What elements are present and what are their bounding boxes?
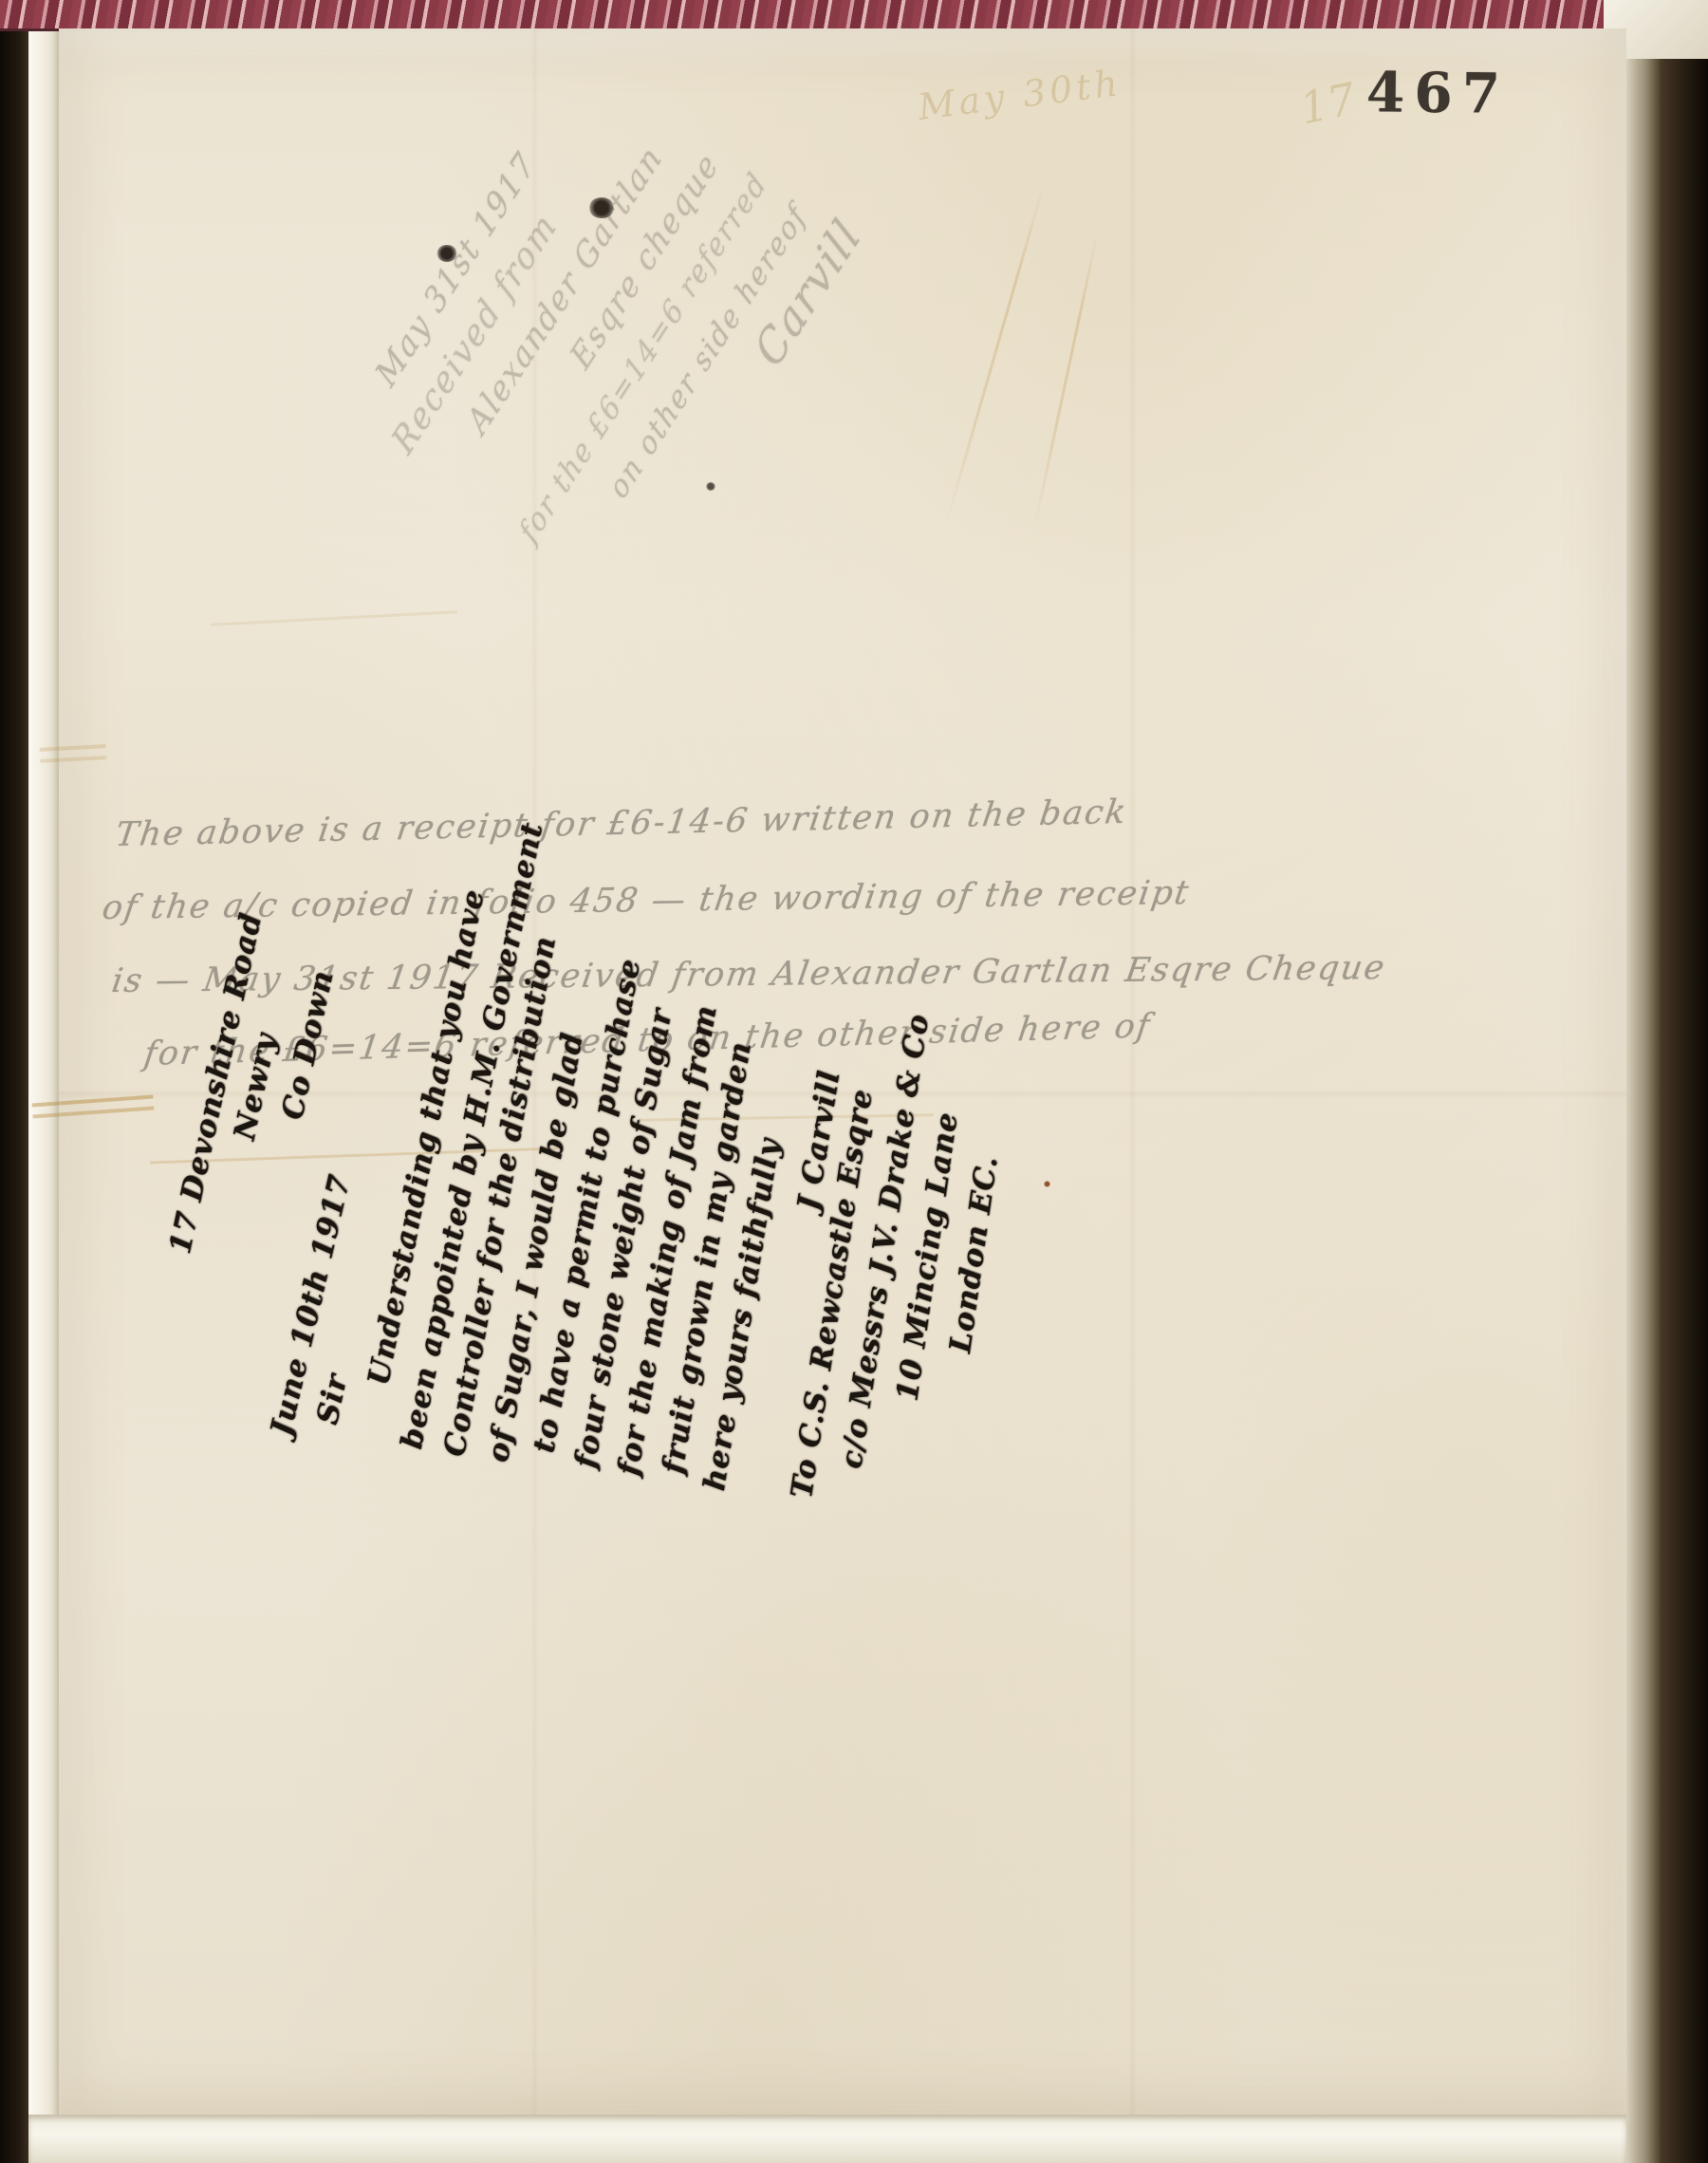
ink-smudge-small	[436, 245, 457, 262]
ghost-date-note: May 30th	[916, 62, 1123, 128]
book-cover-right	[1662, 0, 1708, 2163]
sepia-underline	[211, 610, 457, 626]
page-edge-bottom	[28, 2115, 1626, 2163]
sepia-streaks	[945, 177, 1048, 525]
rust-speck	[1044, 1181, 1050, 1187]
book-spine-left	[0, 27, 28, 2163]
letterbook-scan: 467 17 May 30th May 31st 1917 Received f…	[0, 0, 1708, 2163]
sepia-mark-double	[40, 744, 107, 763]
ink-smudge-large	[588, 197, 615, 218]
page-edge-left	[28, 27, 61, 2163]
book-top-marbled-edge	[0, 0, 1609, 31]
sepia-streaks	[1033, 231, 1099, 529]
ink-speck	[706, 482, 715, 491]
folio-number: 467	[1366, 60, 1511, 126]
page-edge-right	[1626, 28, 1662, 2163]
ghost-folio-number: 17	[1295, 73, 1360, 135]
scanned-page: 467 17 May 30th May 31st 1917 Received f…	[59, 28, 1626, 2115]
